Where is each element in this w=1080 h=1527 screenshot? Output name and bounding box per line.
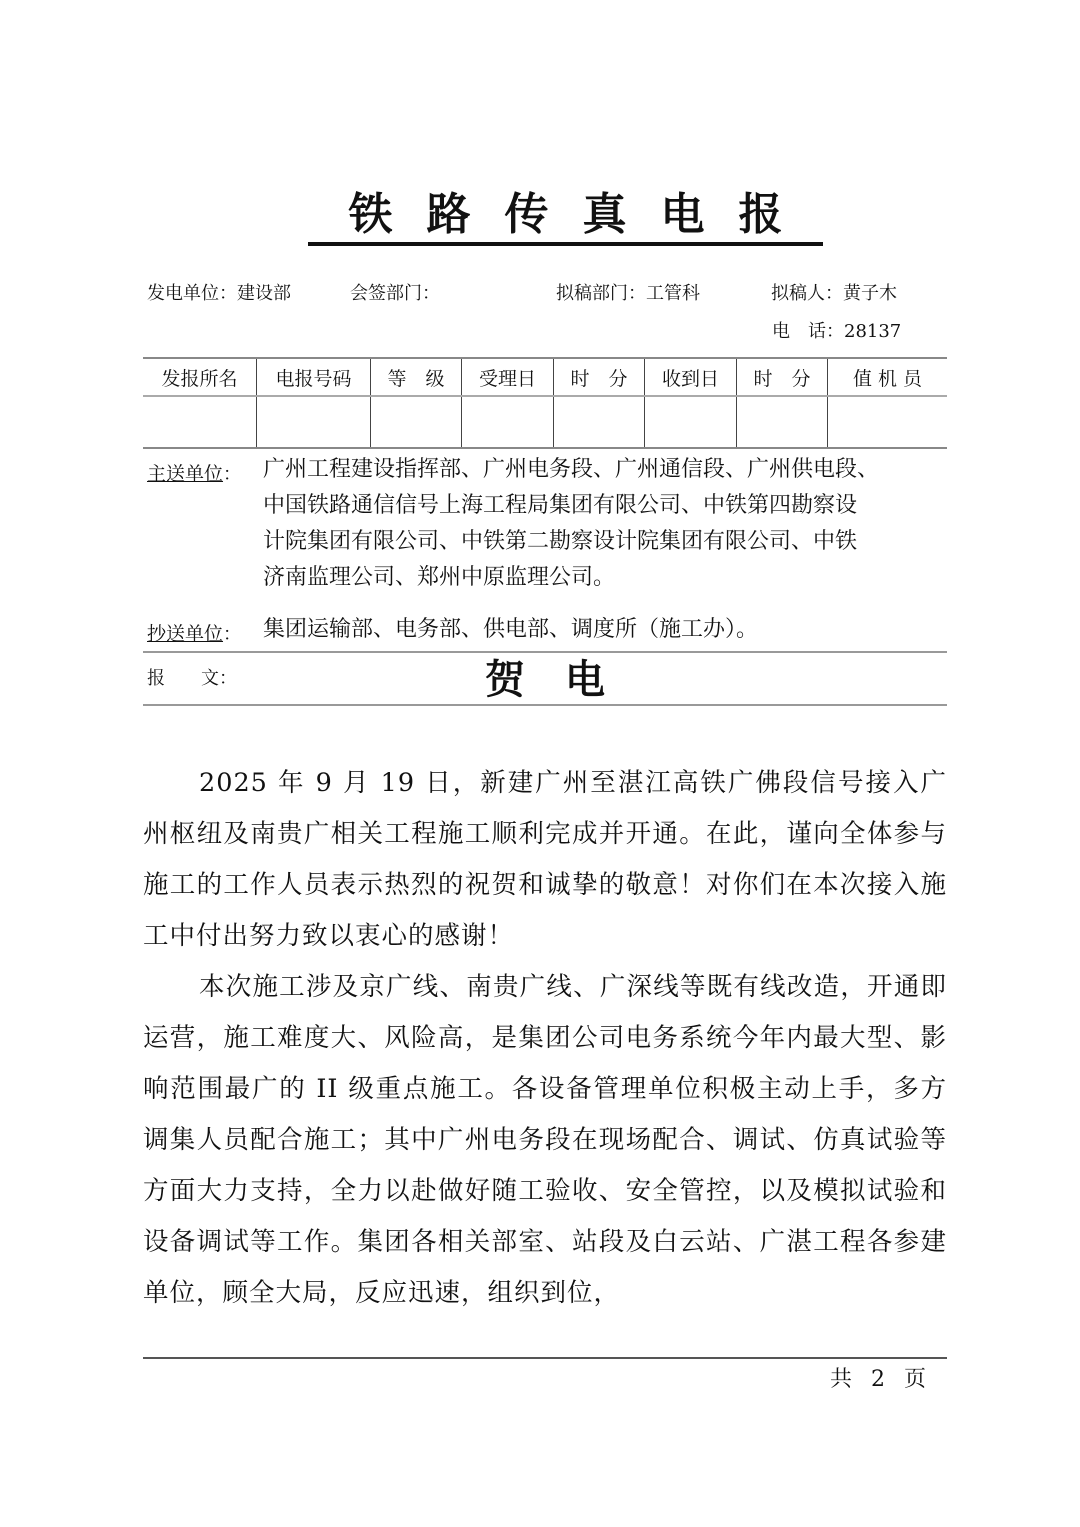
- table-cell: [462, 396, 554, 448]
- body-paragraph: 本次施工涉及京广线、南贵广线、广深线等既有线改造，开通即运营，施工难度大、风险高…: [143, 962, 947, 1319]
- drafter-label: 拟稿人：: [771, 283, 843, 304]
- drafting-dept: 拟稿部门：工管科: [556, 282, 700, 306]
- sender-unit-value: 建设部: [237, 283, 291, 304]
- col-header: 收到日: [645, 358, 737, 396]
- footer-divider: [143, 1357, 947, 1359]
- col-header: 时 分: [554, 358, 645, 396]
- table-cell: [257, 396, 371, 448]
- main-colon: ：: [223, 464, 241, 485]
- message-title: 贺 电: [143, 657, 947, 703]
- col-header: 发报所名: [143, 358, 257, 396]
- page-count: 共 2 页: [830, 1362, 932, 1393]
- table-cell: [828, 396, 948, 448]
- phone: 电 话：28137: [772, 320, 901, 344]
- drafter: 拟稿人：黄子木: [771, 282, 897, 306]
- phone-label: 电 话：: [772, 321, 844, 342]
- divider: [143, 704, 947, 706]
- cc-recipients: 集团运输部、电务部、供电部、调度所（施工办）。: [263, 612, 758, 648]
- table-cell: [737, 396, 828, 448]
- drafting-dept-value: 工管科: [646, 283, 700, 304]
- telegram-info-table: 发报所名 电报号码 等 级 受理日 时 分 收到日 时 分 值 机 员: [143, 357, 947, 449]
- sender-unit-label: 发电单位：: [147, 283, 237, 304]
- table-cell: [143, 396, 257, 448]
- cc-recipients-label: 抄送单位：: [147, 622, 241, 647]
- title-underline: 铁路传真电报: [308, 188, 823, 246]
- sender-unit: 发电单位：建设部: [147, 282, 291, 306]
- col-header: 等 级: [371, 358, 462, 396]
- main-recipients-label: 主送单位：: [147, 462, 241, 487]
- recipient-line: 广州工程建设指挥部、广州电务段、广州通信段、广州供电段、: [263, 452, 879, 488]
- table-value-row: [143, 396, 947, 448]
- recipient-line: 计院集团有限公司、中铁第二勘察设计院集团有限公司、中铁: [263, 524, 879, 560]
- main-recipients: 广州工程建设指挥部、广州电务段、广州通信段、广州供电段、 中国铁路通信信号上海工…: [263, 452, 879, 596]
- countersign-dept: 会签部门：: [350, 282, 440, 306]
- phone-value: 28137: [844, 321, 901, 342]
- cc-colon: ：: [223, 624, 241, 645]
- telegram-page: 铁路传真电报 发电单位：建设部 会签部门： 拟稿部门：工管科 拟稿人：黄子木 电…: [0, 0, 1080, 1527]
- document-title: 铁路传真电报: [308, 188, 823, 242]
- recipient-line: 中国铁路通信信号上海工程局集团有限公司、中铁第四勘察设: [263, 488, 879, 524]
- col-header: 值 机 员: [828, 358, 948, 396]
- recipient-line: 济南监理公司、郑州中原监理公司。: [263, 560, 879, 596]
- cc-label: 抄送单位: [147, 623, 223, 645]
- table-cell: [554, 396, 645, 448]
- table-header-row: 发报所名 电报号码 等 级 受理日 时 分 收到日 时 分 值 机 员: [143, 358, 947, 396]
- message-heading: 报 文： 贺 电: [143, 655, 947, 705]
- table-cell: [645, 396, 737, 448]
- body-paragraph: 2025 年 9 月 19 日，新建广州至湛江高铁广佛段信号接入广州枢纽及南贵广…: [143, 758, 947, 962]
- countersign-label: 会签部门：: [350, 283, 440, 304]
- col-header: 电报号码: [257, 358, 371, 396]
- table-cell: [371, 396, 462, 448]
- divider: [143, 651, 947, 653]
- col-header: 受理日: [462, 358, 554, 396]
- drafter-value: 黄子木: [843, 283, 897, 304]
- drafting-dept-label: 拟稿部门：: [556, 283, 646, 304]
- main-label: 主送单位: [147, 463, 223, 485]
- col-header: 时 分: [737, 358, 828, 396]
